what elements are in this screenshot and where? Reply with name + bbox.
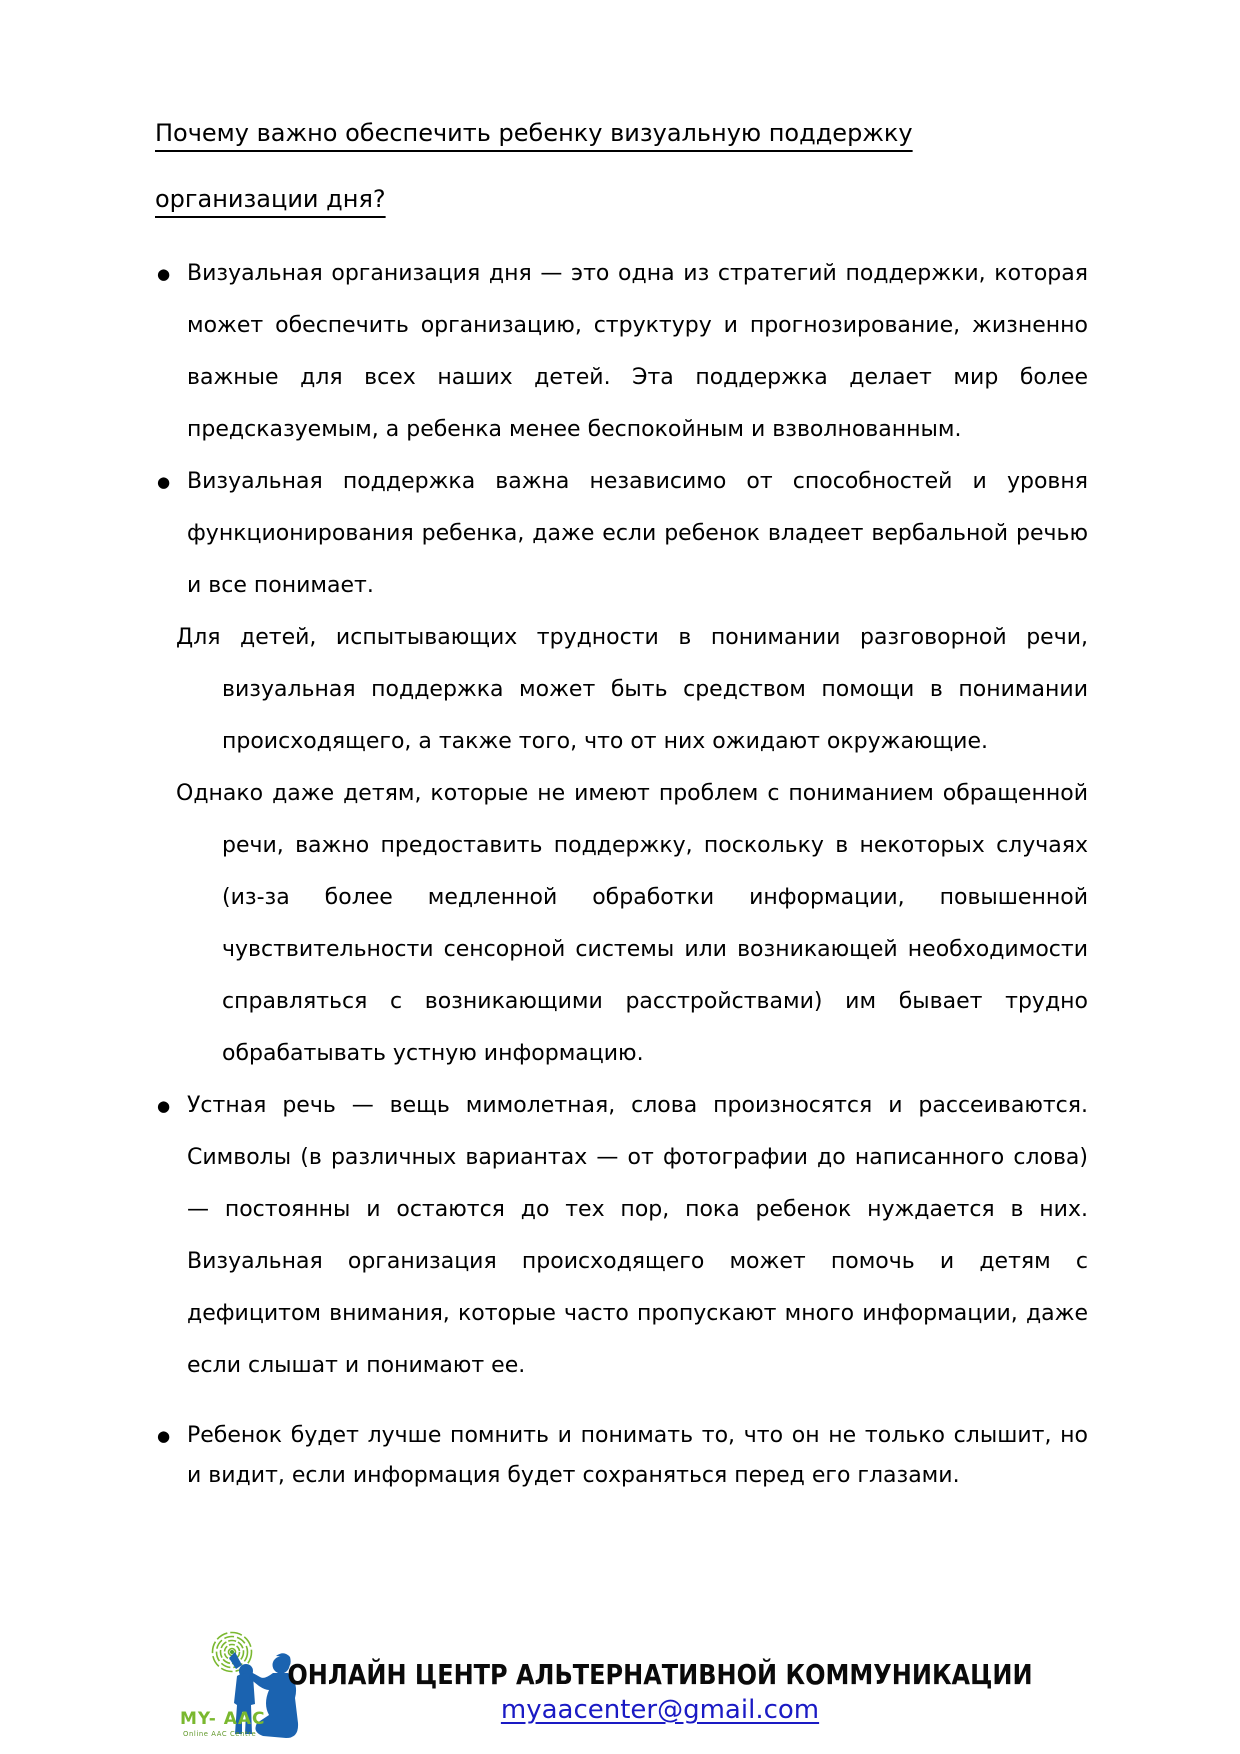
paragraph-text: Визуальная поддержка важна независимо от…	[187, 469, 1088, 598]
bullet-item: ●Визуальная организация дня — это одна и…	[155, 248, 1088, 456]
bullet-marker-icon: ●	[157, 1416, 170, 1456]
organization-email: myaacenter@gmail.com	[260, 1695, 1060, 1725]
bullet-item: ●Ребенок будет лучше помнить и понимать …	[155, 1416, 1088, 1496]
paragraph: Однако даже детям, которые не имеют проб…	[176, 768, 1088, 1080]
document-body: Почему важно обеспечить ребенку визуальн…	[155, 100, 1088, 1496]
paragraph: Для детей, испытывающих трудности в пони…	[176, 612, 1088, 768]
bullet-marker-icon: ●	[157, 1080, 170, 1132]
email-link[interactable]: myaacenter@gmail.com	[501, 1695, 819, 1725]
page-title-text: Почему важно обеспечить ребенку визуальн…	[155, 119, 913, 213]
footer-text-block: ОНЛАЙН ЦЕНТР АЛЬТЕРНАТИВНОЙ КОММУНИКАЦИИ…	[260, 1660, 1060, 1725]
paragraph-text: Ребенок будет лучше помнить и понимать т…	[187, 1423, 1088, 1488]
bullet-marker-icon: ●	[157, 456, 170, 508]
paragraph-text: Однако даже детям, которые не имеют проб…	[176, 781, 1088, 1066]
logo-brand-text: MY- AAC	[180, 1709, 266, 1729]
document-page: Почему важно обеспечить ребенку визуальн…	[0, 0, 1240, 1754]
bullet-item: ●Устная речь — вещь мимолетная, слова пр…	[155, 1080, 1088, 1392]
bullet-marker-icon: ●	[157, 248, 170, 300]
organization-name: ОНЛАЙН ЦЕНТР АЛЬТЕРНАТИВНОЙ КОММУНИКАЦИИ	[276, 1658, 1044, 1690]
paragraph-text: Устная речь — вещь мимолетная, слова про…	[187, 1093, 1088, 1378]
paragraph-text: Для детей, испытывающих трудности в пони…	[176, 625, 1088, 754]
paragraph-list: ●Визуальная организация дня — это одна и…	[155, 248, 1088, 1496]
page-footer: MY- AAC Online AAC Centre ОНЛАЙН ЦЕНТР А…	[0, 1612, 1240, 1754]
paragraph-text: Визуальная организация дня — это одна из…	[187, 261, 1088, 442]
page-title: Почему важно обеспечить ребенку визуальн…	[155, 100, 945, 232]
bullet-item: ●Визуальная поддержка важна независимо о…	[155, 456, 1088, 612]
logo-tagline-text: Online AAC Centre	[183, 1730, 256, 1738]
